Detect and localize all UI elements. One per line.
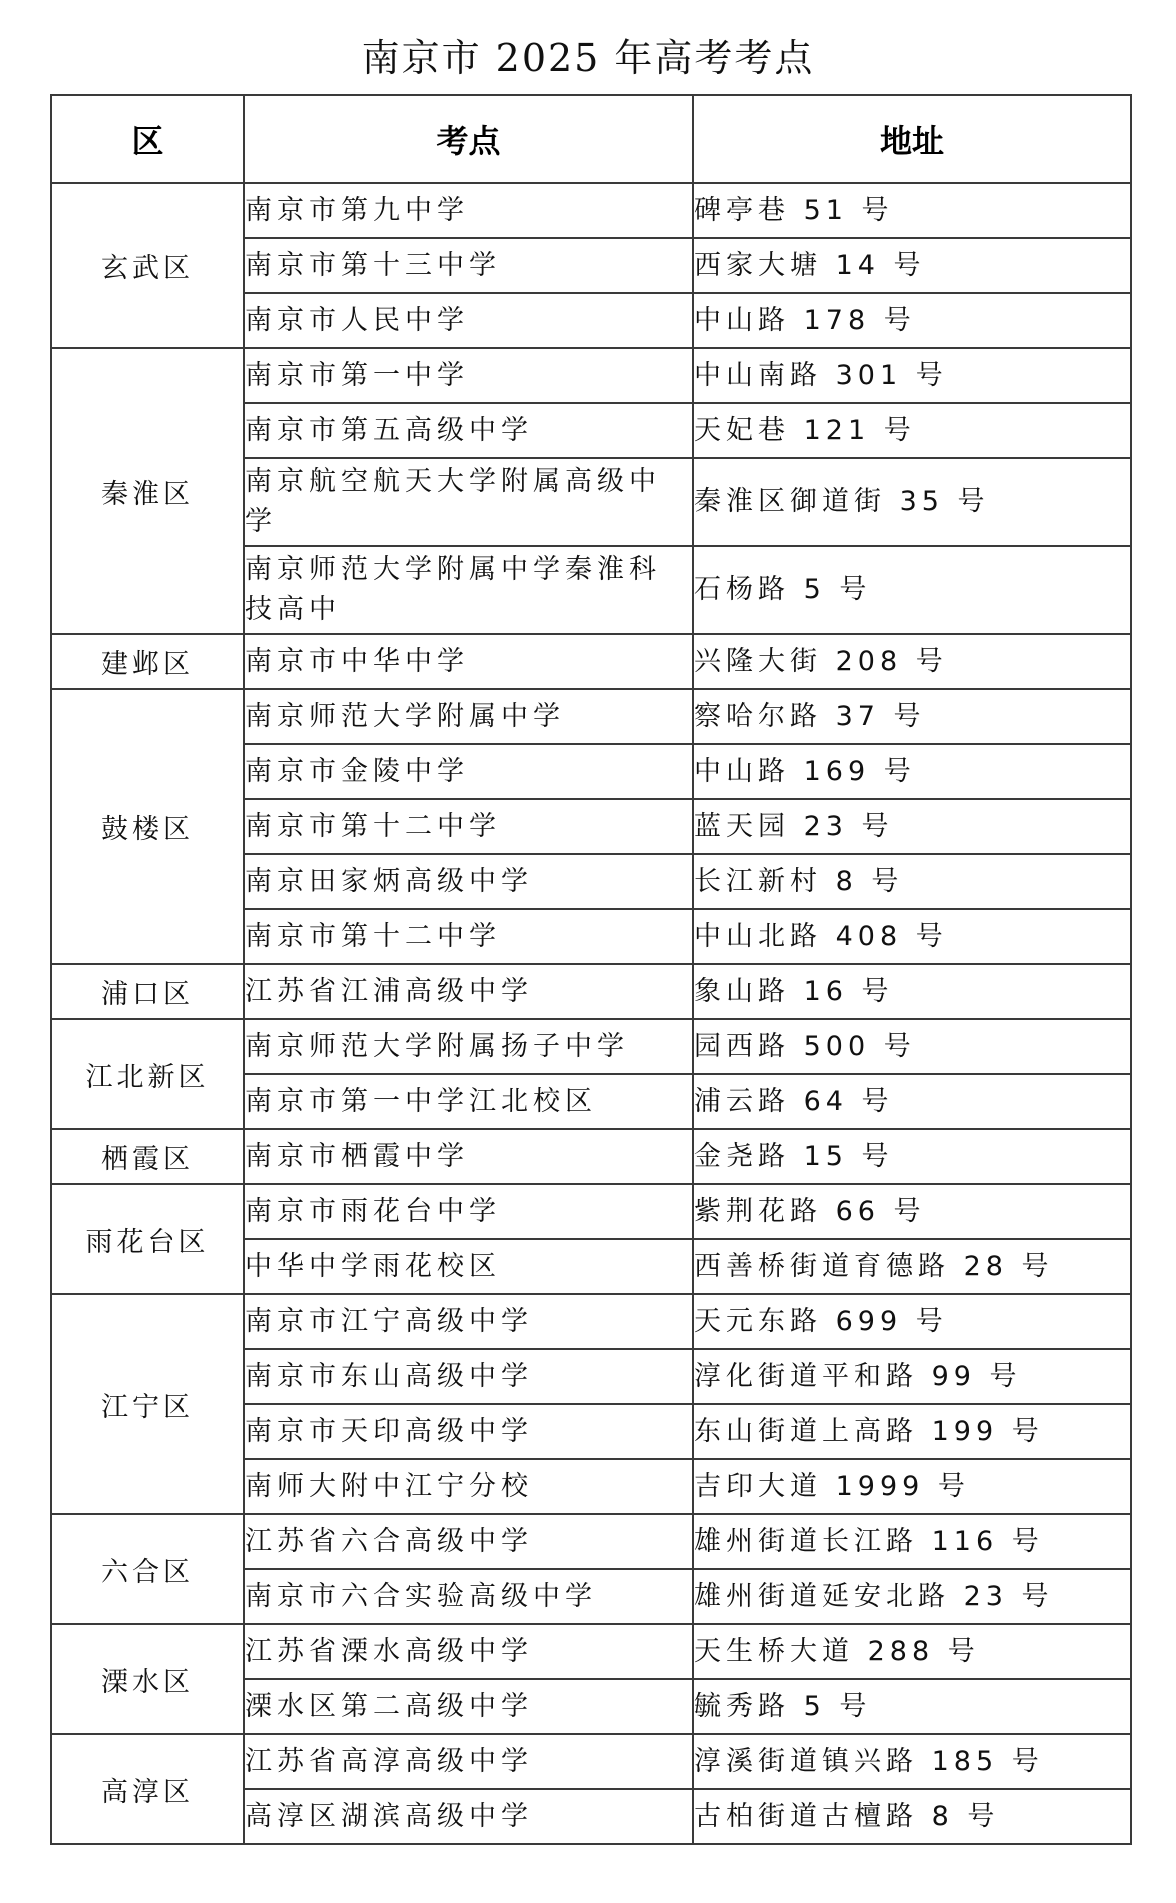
table-row: 雨花台区 南京市雨花台中学 紫荆花路 66 号 [51,1184,1131,1239]
site-cell: 中华中学雨花校区 [244,1239,693,1294]
address-cell: 天元东路 699 号 [693,1294,1131,1349]
site-cell: 南京市第十二中学 [244,909,693,964]
district-cell: 六合区 [51,1514,244,1624]
site-cell: 江苏省溧水高级中学 [244,1624,693,1679]
address-cell: 天生桥大道 288 号 [693,1624,1131,1679]
site-cell: 南京市中华中学 [244,634,693,689]
address-cell: 中山路 169 号 [693,744,1131,799]
address-cell: 长江新村 8 号 [693,854,1131,909]
table-row: 江宁区 南京市江宁高级中学 天元东路 699 号 [51,1294,1131,1349]
site-cell: 南京市第一中学 [244,348,693,403]
site-cell: 南京市六合实验高级中学 [244,1569,693,1624]
table-row: 建邺区 南京市中华中学 兴隆大街 208 号 [51,634,1131,689]
address-cell: 金尧路 15 号 [693,1129,1131,1184]
site-cell: 南京市人民中学 [244,293,693,348]
site-cell: 南京师范大学附属中学秦淮科技高中 [244,546,693,634]
site-cell: 南京市江宁高级中学 [244,1294,693,1349]
site-cell: 南京市第五高级中学 [244,403,693,458]
address-cell: 碑亭巷 51 号 [693,183,1131,238]
address-cell: 紫荆花路 66 号 [693,1184,1131,1239]
site-cell: 南京市雨花台中学 [244,1184,693,1239]
page-title: 南京市 2025 年高考考点 [0,30,1176,86]
address-cell: 西家大塘 14 号 [693,238,1131,293]
header-address: 地址 [693,95,1131,183]
district-cell: 雨花台区 [51,1184,244,1294]
site-cell: 南京市第九中学 [244,183,693,238]
table-row: 鼓楼区 南京师范大学附属中学 察哈尔路 37 号 [51,689,1131,744]
district-cell: 江北新区 [51,1019,244,1129]
table-row: 玄武区 南京市第九中学 碑亭巷 51 号 [51,183,1131,238]
table-row: 栖霞区 南京市栖霞中学 金尧路 15 号 [51,1129,1131,1184]
site-cell: 南京师范大学附属扬子中学 [244,1019,693,1074]
site-cell: 江苏省江浦高级中学 [244,964,693,1019]
site-cell: 南京市栖霞中学 [244,1129,693,1184]
district-cell: 秦淮区 [51,348,244,634]
table-row: 江北新区 南京师范大学附属扬子中学 园西路 500 号 [51,1019,1131,1074]
district-cell: 溧水区 [51,1624,244,1734]
address-cell: 雄州街道延安北路 23 号 [693,1569,1131,1624]
table-header-row: 区 考点 地址 [51,95,1131,183]
address-cell: 雄州街道长江路 116 号 [693,1514,1131,1569]
header-site: 考点 [244,95,693,183]
address-cell: 中山路 178 号 [693,293,1131,348]
district-cell: 高淳区 [51,1734,244,1844]
district-cell: 玄武区 [51,183,244,348]
address-cell: 古柏街道古檀路 8 号 [693,1789,1131,1844]
address-cell: 浦云路 64 号 [693,1074,1131,1129]
site-cell: 南师大附中江宁分校 [244,1459,693,1514]
table-row: 浦口区 江苏省江浦高级中学 象山路 16 号 [51,964,1131,1019]
address-cell: 毓秀路 5 号 [693,1679,1131,1734]
address-cell: 淳化街道平和路 99 号 [693,1349,1131,1404]
district-cell: 鼓楼区 [51,689,244,964]
address-cell: 蓝天园 23 号 [693,799,1131,854]
table-row: 溧水区 江苏省溧水高级中学 天生桥大道 288 号 [51,1624,1131,1679]
address-cell: 中山北路 408 号 [693,909,1131,964]
site-cell: 南京市天印高级中学 [244,1404,693,1459]
district-cell: 建邺区 [51,634,244,689]
site-cell: 南京市东山高级中学 [244,1349,693,1404]
address-cell: 兴隆大街 208 号 [693,634,1131,689]
address-cell: 中山南路 301 号 [693,348,1131,403]
district-cell: 浦口区 [51,964,244,1019]
site-cell: 高淳区湖滨高级中学 [244,1789,693,1844]
district-cell: 江宁区 [51,1294,244,1514]
address-cell: 察哈尔路 37 号 [693,689,1131,744]
site-cell: 江苏省高淳高级中学 [244,1734,693,1789]
address-cell: 西善桥街道育德路 28 号 [693,1239,1131,1294]
header-district: 区 [51,95,244,183]
site-cell: 南京市第一中学江北校区 [244,1074,693,1129]
address-cell: 东山街道上高路 199 号 [693,1404,1131,1459]
table-row: 六合区 江苏省六合高级中学 雄州街道长江路 116 号 [51,1514,1131,1569]
table-row: 高淳区 江苏省高淳高级中学 淳溪街道镇兴路 185 号 [51,1734,1131,1789]
site-cell: 南京师范大学附属中学 [244,689,693,744]
site-cell: 江苏省六合高级中学 [244,1514,693,1569]
site-cell: 南京田家炳高级中学 [244,854,693,909]
table-row: 秦淮区 南京市第一中学 中山南路 301 号 [51,348,1131,403]
address-cell: 天妃巷 121 号 [693,403,1131,458]
site-cell: 南京市第十三中学 [244,238,693,293]
address-cell: 吉印大道 1999 号 [693,1459,1131,1514]
site-cell: 溧水区第二高级中学 [244,1679,693,1734]
address-cell: 象山路 16 号 [693,964,1131,1019]
site-cell: 南京航空航天大学附属高级中学 [244,458,693,546]
address-cell: 秦淮区御道街 35 号 [693,458,1131,546]
district-cell: 栖霞区 [51,1129,244,1184]
site-cell: 南京市金陵中学 [244,744,693,799]
address-cell: 园西路 500 号 [693,1019,1131,1074]
address-cell: 淳溪街道镇兴路 185 号 [693,1734,1131,1789]
site-cell: 南京市第十二中学 [244,799,693,854]
address-cell: 石杨路 5 号 [693,546,1131,634]
exam-sites-table: 区 考点 地址 玄武区 南京市第九中学 碑亭巷 51 号 南京市第十三中学 西家… [50,94,1132,1845]
